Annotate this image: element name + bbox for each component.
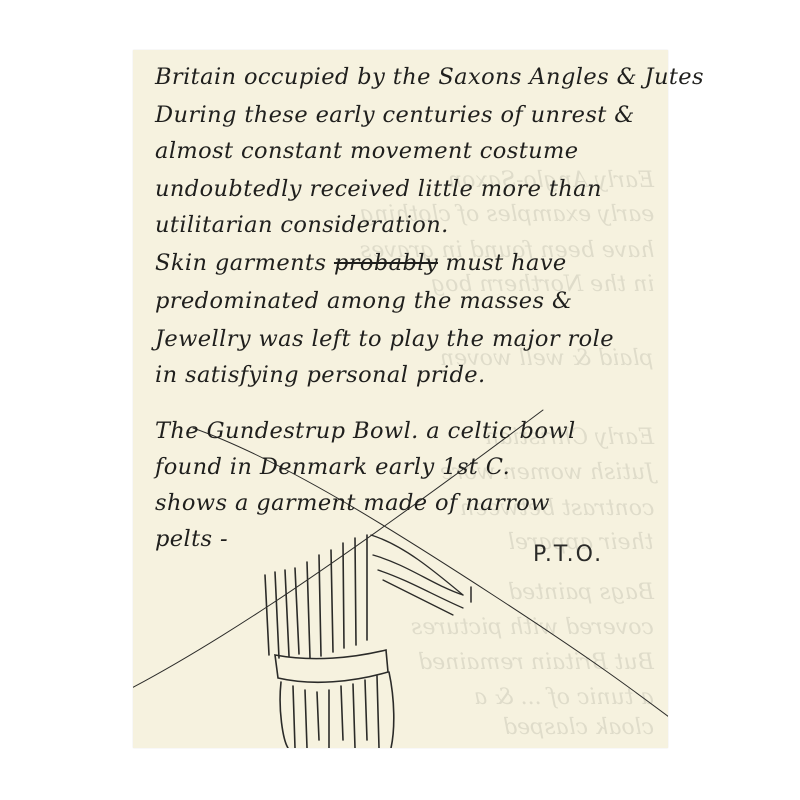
text-line: found in Denmark early 1st C. xyxy=(155,454,510,480)
text-line: Skin garments probably must have xyxy=(155,250,567,276)
text-line: utilitarian consideration. xyxy=(155,212,449,238)
handwritten-page: Early Anglo-Saxon early examples of clot… xyxy=(133,50,668,748)
text-line: Britain occupied by the Saxons Angles & … xyxy=(155,64,704,90)
text-fragment: must have xyxy=(438,250,567,276)
text-line: almost constant movement costume xyxy=(155,138,578,164)
text-line: predominated among the masses & xyxy=(155,288,572,314)
text-line: in satisfying personal pride. xyxy=(155,362,486,388)
text-line: Jewellry was left to play the major role xyxy=(155,326,614,352)
text-line: The Gundestrup Bowl. a celtic bowl xyxy=(155,418,576,444)
please-turn-over-note: P.T.O. xyxy=(533,542,603,567)
text-fragment: Skin garments xyxy=(155,250,334,276)
text-line: undoubtedly received little more than xyxy=(155,176,602,202)
text-line: During these early centuries of unrest & xyxy=(155,102,635,128)
text-line: shows a garment made of narrow xyxy=(155,490,550,516)
struck-word: probably xyxy=(334,250,438,276)
text-line: pelts - xyxy=(155,526,228,552)
